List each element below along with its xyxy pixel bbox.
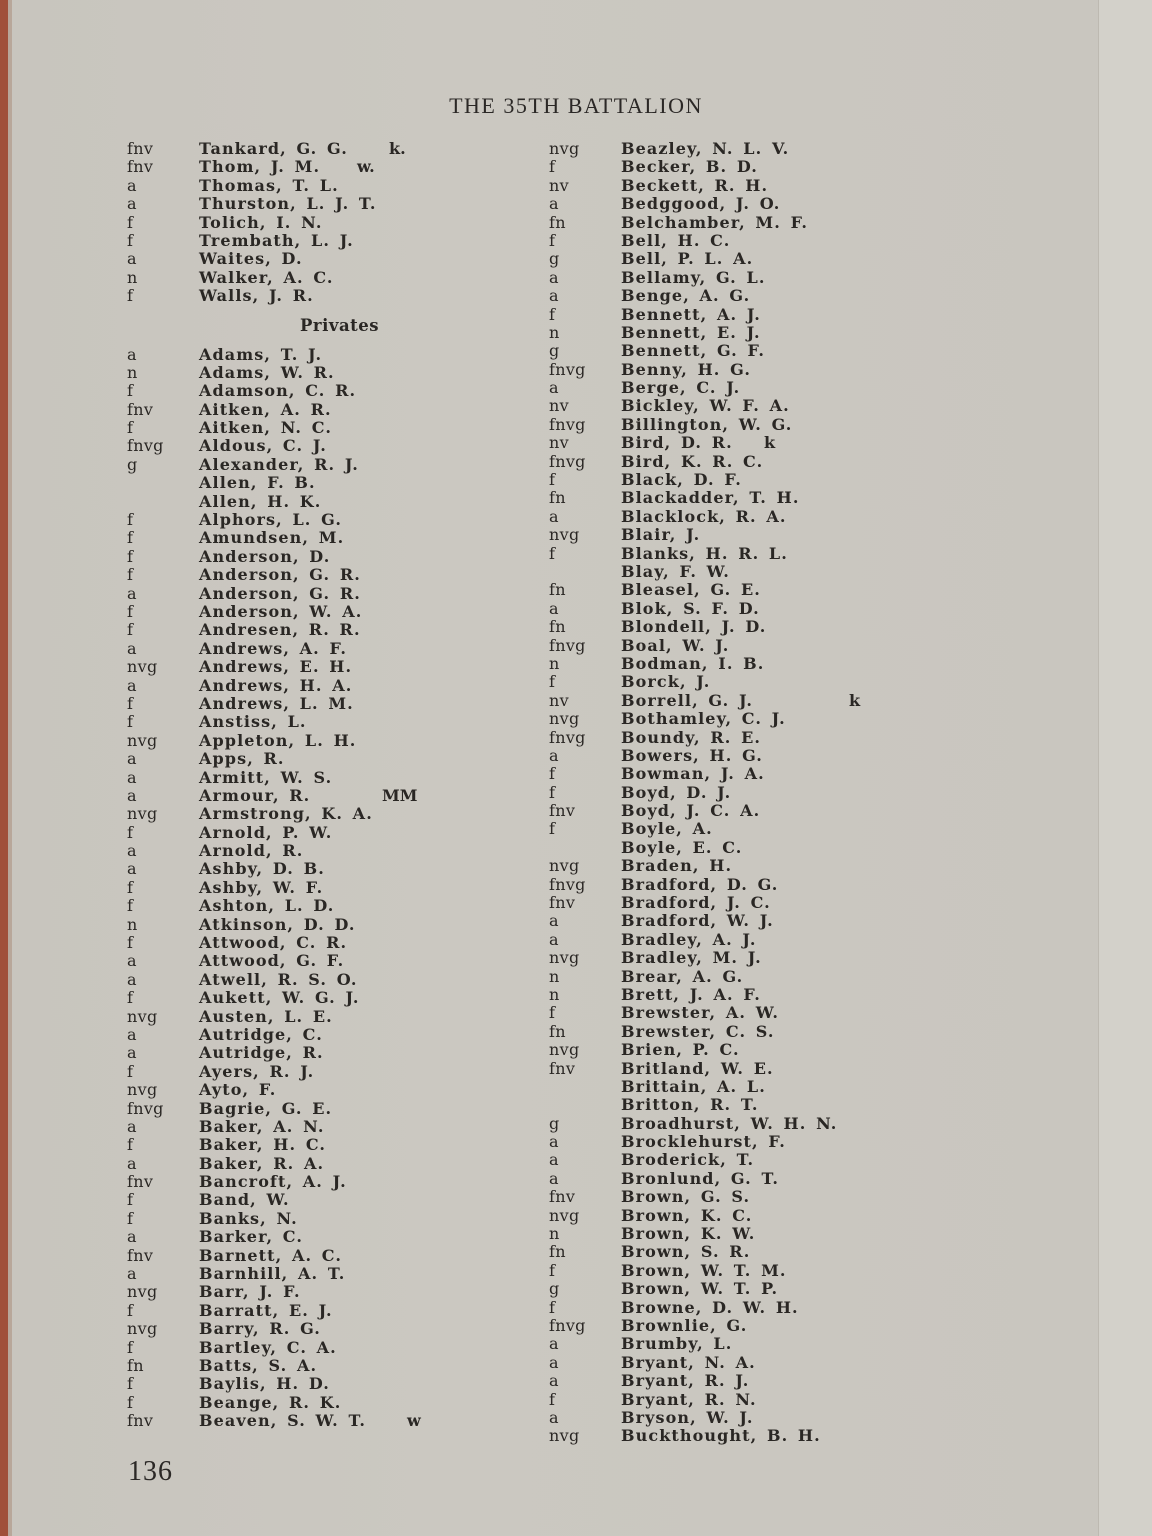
roll-entry: nAtkinson, D. D.: [127, 916, 547, 934]
roll-entry: fnvBrown, G. S.: [549, 1188, 1089, 1206]
roll-entry: fAnderson, G. R.: [127, 566, 547, 584]
soldier-name: Becker, B. D.: [621, 158, 758, 176]
unit-code: a: [127, 1155, 197, 1173]
unit-code: fnvg: [549, 416, 619, 434]
soldier-name: Blanks, H. R. L.: [621, 545, 788, 563]
soldier-name: Baker, A. N.: [199, 1118, 325, 1136]
unit-code: n: [127, 916, 197, 934]
soldier-name: Adams, T. J.: [199, 346, 322, 364]
roll-entry: gBennett, G. F.: [549, 342, 1089, 360]
soldier-name: Beange, R. K.: [199, 1394, 341, 1412]
soldier-name: Banks, N.: [199, 1210, 298, 1228]
unit-code: nvg: [549, 949, 619, 967]
soldier-name: Bronlund, G. T.: [621, 1170, 779, 1188]
roll-entry: aAtwell, R. S. O.: [127, 971, 547, 989]
unit-code: f: [127, 1394, 197, 1412]
unit-code: nvg: [127, 658, 197, 676]
book-cover-edge: [0, 0, 8, 1536]
roll-entry: aAutridge, C.: [127, 1026, 547, 1044]
soldier-name: Autridge, C.: [199, 1026, 323, 1044]
roll-entry: fBaylis, H. D.: [127, 1375, 547, 1393]
running-title: THE 35TH BATTALION: [449, 93, 703, 118]
roll-entry: nvgBraden, H.: [549, 857, 1089, 875]
soldier-name: Boundy, R. E.: [621, 729, 761, 747]
unit-code: fn: [549, 581, 619, 599]
unit-code: f: [127, 989, 197, 1007]
unit-code: f: [127, 879, 197, 897]
unit-code: a: [127, 1265, 197, 1283]
roll-entry: nvgAndrews, E. H.: [127, 658, 547, 676]
unit-code: n: [549, 986, 619, 1004]
roll-entry: nvgBarr, J. F.: [127, 1283, 547, 1301]
unit-code: f: [127, 511, 197, 529]
roll-entry: aArnold, R.: [127, 842, 547, 860]
roll-column-left: fnvTankard, G. G.k.fnvThom, J. M.w.aThom…: [127, 140, 547, 1431]
soldier-name: Walls, J. R.: [199, 287, 314, 305]
roll-entry: aBronlund, G. T.: [549, 1170, 1089, 1188]
soldier-name: Arnold, P. W.: [199, 824, 332, 842]
unit-code: f: [127, 548, 197, 566]
soldier-name: Attwood, G. F.: [199, 952, 344, 970]
soldier-name: Brewster, C. S.: [621, 1023, 775, 1041]
unit-code: nv: [549, 434, 619, 452]
roll-entry: fnBelchamber, M. F.: [549, 214, 1089, 232]
roll-entry: fBryant, R. N.: [549, 1391, 1089, 1409]
roll-entry: aBlacklock, R. A.: [549, 508, 1089, 526]
soldier-name: Baker, R. A.: [199, 1155, 324, 1173]
roll-entry: nAdams, W. R.: [127, 364, 547, 382]
roll-entry: fnvTankard, G. G.k.: [127, 140, 547, 158]
unit-code: a: [549, 912, 619, 930]
roll-entry: fBrewster, A. W.: [549, 1004, 1089, 1022]
annotation-mark: k: [849, 692, 860, 710]
soldier-name: Barry, R. G.: [199, 1320, 321, 1338]
unit-code: fnv: [127, 140, 197, 158]
unit-code: f: [127, 1191, 197, 1209]
unit-code: fnv: [549, 894, 619, 912]
roll-entry: fBoyd, D. J.: [549, 784, 1089, 802]
roll-entry: fnvgBenny, H. G.: [549, 361, 1089, 379]
soldier-name: Braden, H.: [621, 857, 732, 875]
roll-entry: nvgBuckthought, B. H.: [549, 1427, 1089, 1445]
unit-code: fn: [549, 214, 619, 232]
unit-code: f: [127, 824, 197, 842]
roll-entry: nvgAyto, F.: [127, 1081, 547, 1099]
unit-code: f: [549, 673, 619, 691]
soldier-name: Aitken, N. C.: [199, 419, 332, 437]
roll-entry: aAutridge, R.: [127, 1044, 547, 1062]
roll-entry: fnvBarnett, A. C.: [127, 1247, 547, 1265]
soldier-name: Allen, F. B.: [199, 474, 316, 492]
soldier-name: Band, W.: [199, 1191, 290, 1209]
soldier-name: Bell, P. L. A.: [621, 250, 753, 268]
soldier-name: Brett, J. A. F.: [621, 986, 761, 1004]
unit-code: nvg: [127, 1081, 197, 1099]
unit-code: g: [549, 342, 619, 360]
roll-entry: fnBlondell, J. D.: [549, 618, 1089, 636]
unit-code: fnvg: [127, 437, 197, 455]
roll-entry: fnBleasel, G. E.: [549, 581, 1089, 599]
unit-code: fnvg: [549, 729, 619, 747]
soldier-name: Bedggood, J. O.: [621, 195, 780, 213]
soldier-name: Broderick, T.: [621, 1151, 754, 1169]
soldier-name: Brittain, A. L.: [621, 1078, 766, 1096]
unit-code: f: [127, 1339, 197, 1357]
roll-entry: aBarker, C.: [127, 1228, 547, 1246]
unit-code: a: [127, 971, 197, 989]
unit-code: a: [127, 1044, 197, 1062]
roll-entry: aAshby, D. B.: [127, 860, 547, 878]
roll-entry: Britton, R. T.: [549, 1096, 1089, 1114]
roll-entry: fAnstiss, L.: [127, 713, 547, 731]
page-number: 136: [128, 1456, 173, 1488]
roll-entry: nvgAppleton, L. H.: [127, 732, 547, 750]
unit-code: nvg: [549, 710, 619, 728]
unit-code: a: [127, 250, 197, 268]
roll-entry: fTolich, I. N.: [127, 214, 547, 232]
roll-entry: fWalls, J. R.: [127, 287, 547, 305]
unit-code: a: [549, 508, 619, 526]
unit-code: g: [549, 1280, 619, 1298]
roll-entry: nvgBrien, P. C.: [549, 1041, 1089, 1059]
soldier-name: Armour, R.: [199, 787, 310, 805]
roll-entry: fTrembath, L. J.: [127, 232, 547, 250]
unit-code: a: [549, 195, 619, 213]
soldier-name: Austen, L. E.: [199, 1008, 333, 1026]
unit-code: fn: [549, 618, 619, 636]
soldier-name: Bryant, R. N.: [621, 1391, 757, 1409]
roll-entry: fnvBoyd, J. C. A.: [549, 802, 1089, 820]
soldier-name: Bodman, I. B.: [621, 655, 764, 673]
unit-code: a: [127, 640, 197, 658]
roll-entry: aBerge, C. J.: [549, 379, 1089, 397]
roll-entry: Allen, H. K.: [127, 493, 547, 511]
soldier-name: Brocklehurst, F.: [621, 1133, 786, 1151]
roll-entry: Allen, F. B.: [127, 474, 547, 492]
soldier-name: Boyd, J. C. A.: [621, 802, 760, 820]
roll-entry: Blay, F. W.: [549, 563, 1089, 581]
roll-entry: fBowman, J. A.: [549, 765, 1089, 783]
soldier-name: Brumby, L.: [621, 1335, 732, 1353]
roll-entry: nBennett, E. J.: [549, 324, 1089, 342]
unit-code: f: [127, 713, 197, 731]
unit-code: f: [127, 529, 197, 547]
unit-code: a: [127, 1118, 197, 1136]
unit-code: a: [127, 769, 197, 787]
unit-code: a: [549, 747, 619, 765]
soldier-name: Bennett, E. J.: [621, 324, 761, 342]
soldier-name: Batts, S. A.: [199, 1357, 317, 1375]
soldier-name: Waites, D.: [199, 250, 303, 268]
soldier-name: Bell, H. C.: [621, 232, 730, 250]
unit-code: f: [549, 158, 619, 176]
roll-entry: fAlphors, L. G.: [127, 511, 547, 529]
soldier-name: Bradley, A. J.: [621, 931, 757, 949]
soldier-name: Bagrie, G. E.: [199, 1100, 332, 1118]
unit-code: fnvg: [549, 876, 619, 894]
soldier-name: Britton, R. T.: [621, 1096, 759, 1114]
soldier-name: Andresen, R. R.: [199, 621, 361, 639]
unit-code: fnvg: [549, 637, 619, 655]
roll-entry: fnvgBillington, W. G.: [549, 416, 1089, 434]
roll-entry: fnBatts, S. A.: [127, 1357, 547, 1375]
roll-entry: nvgBarry, R. G.: [127, 1320, 547, 1338]
roll-entry: aWaites, D.: [127, 250, 547, 268]
soldier-name: Appleton, L. H.: [199, 732, 356, 750]
unit-code: f: [549, 545, 619, 563]
roll-entry: nBodman, I. B.: [549, 655, 1089, 673]
unit-code: n: [127, 364, 197, 382]
roll-entry: fnBrewster, C. S.: [549, 1023, 1089, 1041]
soldier-name: Bryant, N. A.: [621, 1354, 756, 1372]
unit-code: f: [549, 471, 619, 489]
roll-entry: fnBrown, S. R.: [549, 1243, 1089, 1261]
roll-entry: nvgBradley, M. J.: [549, 949, 1089, 967]
roll-entry: aBellamy, G. L.: [549, 269, 1089, 287]
unit-code: a: [127, 1026, 197, 1044]
unit-code: fnv: [127, 1412, 197, 1430]
soldier-name: Brewster, A. W.: [621, 1004, 779, 1022]
roll-entry: fnvThom, J. M.w.: [127, 158, 547, 176]
soldier-name: Bradley, M. J.: [621, 949, 762, 967]
soldier-name: Andrews, E. H.: [199, 658, 352, 676]
unit-code: f: [549, 1299, 619, 1317]
roll-entry: aBedggood, J. O.: [549, 195, 1089, 213]
unit-code: f: [127, 214, 197, 232]
unit-code: n: [127, 269, 197, 287]
roll-entry: nvBorrell, G. J.k: [549, 692, 1089, 710]
roll-entry: fBoyle, A.: [549, 820, 1089, 838]
roll-entry: fBecker, B. D.: [549, 158, 1089, 176]
soldier-name: Baker, H. C.: [199, 1136, 326, 1154]
soldier-name: Atwell, R. S. O.: [199, 971, 358, 989]
soldier-name: Brown, K. W.: [621, 1225, 755, 1243]
roll-entry: fBarratt, E. J.: [127, 1302, 547, 1320]
soldier-name: Ayers, R. J.: [199, 1063, 314, 1081]
soldier-name: Brown, W. T. P.: [621, 1280, 778, 1298]
soldier-name: Ayto, F.: [199, 1081, 276, 1099]
unit-code: a: [549, 1409, 619, 1427]
roll-entry: aAndrews, A. F.: [127, 640, 547, 658]
soldier-name: Andrews, L. M.: [199, 695, 354, 713]
soldier-name: Andrews, H. A.: [199, 677, 352, 695]
soldier-name: Bryson, W. J.: [621, 1409, 754, 1427]
unit-code: nvg: [549, 857, 619, 875]
soldier-name: Barr, J. F.: [199, 1283, 301, 1301]
roll-entry: aAttwood, G. F.: [127, 952, 547, 970]
soldier-name: Britland, W. E.: [621, 1060, 774, 1078]
roll-entry: fnvgBradford, D. G.: [549, 876, 1089, 894]
roll-entry: nvgBothamley, C. J.: [549, 710, 1089, 728]
roll-entry: nvgBeazley, N. L. V.: [549, 140, 1089, 158]
unit-code: nvg: [127, 805, 197, 823]
soldier-name: Barratt, E. J.: [199, 1302, 333, 1320]
annotation-mark: w.: [357, 158, 375, 176]
soldier-name: Belchamber, M. F.: [621, 214, 808, 232]
soldier-name: Bradford, J. C.: [621, 894, 771, 912]
unit-code: f: [127, 232, 197, 250]
unit-code: a: [127, 177, 197, 195]
unit-code: a: [549, 1335, 619, 1353]
unit-code: nvg: [549, 1207, 619, 1225]
section-title-privates: Privates: [127, 306, 547, 346]
roll-entry: fAyers, R. J.: [127, 1063, 547, 1081]
unit-code: fnv: [127, 1173, 197, 1191]
roll-entry: fAndrews, L. M.: [127, 695, 547, 713]
roll-entry: aBradley, A. J.: [549, 931, 1089, 949]
unit-code: a: [127, 952, 197, 970]
soldier-name: Thurston, L. J. T.: [199, 195, 377, 213]
unit-code: a: [127, 195, 197, 213]
soldier-name: Blackadder, T. H.: [621, 489, 800, 507]
unit-code: fnv: [127, 1247, 197, 1265]
soldier-name: Ashby, D. B.: [199, 860, 325, 878]
roll-entry: aThomas, T. L.: [127, 177, 547, 195]
roll-entry: fAndresen, R. R.: [127, 621, 547, 639]
roll-entry: nvgBlair, J.: [549, 526, 1089, 544]
roll-entry: fAmundsen, M.: [127, 529, 547, 547]
roll-entry: gBrown, W. T. P.: [549, 1280, 1089, 1298]
soldier-name: Anderson, D.: [199, 548, 330, 566]
roll-entry: aBrocklehurst, F.: [549, 1133, 1089, 1151]
soldier-name: Atkinson, D. D.: [199, 916, 356, 934]
roll-entry: nvBickley, W. F. A.: [549, 397, 1089, 415]
soldier-name: Bird, K. R. C.: [621, 453, 763, 471]
roll-entry: fnvAitken, A. R.: [127, 401, 547, 419]
unit-code: nvg: [549, 1041, 619, 1059]
soldier-name: Autridge, R.: [199, 1044, 324, 1062]
soldier-name: Blacklock, R. A.: [621, 508, 787, 526]
unit-code: f: [127, 287, 197, 305]
unit-code: f: [127, 1063, 197, 1081]
unit-code: nvg: [127, 1008, 197, 1026]
roll-entry: nvgArmstrong, K. A.: [127, 805, 547, 823]
roll-entry: aApps, R.: [127, 750, 547, 768]
roll-entry: fAukett, W. G. J.: [127, 989, 547, 1007]
roll-entry: fAdamson, C. R.: [127, 382, 547, 400]
unit-code: nvg: [127, 1283, 197, 1301]
soldier-name: Allen, H. K.: [199, 493, 321, 511]
unit-code: a: [127, 750, 197, 768]
soldier-name: Baylis, H. D.: [199, 1375, 330, 1393]
annotation-mark: k: [764, 434, 775, 452]
unit-code: fn: [549, 1023, 619, 1041]
roll-entry: aAnderson, G. R.: [127, 585, 547, 603]
roll-entry: aBarnhill, A. T.: [127, 1265, 547, 1283]
unit-code: f: [127, 897, 197, 915]
roll-entry: fnvgBrownlie, G.: [549, 1317, 1089, 1335]
soldier-name: Brown, G. S.: [621, 1188, 750, 1206]
soldier-name: Trembath, L. J.: [199, 232, 354, 250]
unit-code: g: [549, 250, 619, 268]
soldier-name: Bartley, C. A.: [199, 1339, 337, 1357]
soldier-name: Barnett, A. C.: [199, 1247, 342, 1265]
unit-code: a: [549, 600, 619, 618]
soldier-name: Blok, S. F. D.: [621, 600, 760, 618]
unit-code: fnv: [127, 158, 197, 176]
roll-entry: fBlanks, H. R. L.: [549, 545, 1089, 563]
roll-entry: nvgBrown, K. C.: [549, 1207, 1089, 1225]
soldier-name: Armstrong, K. A.: [199, 805, 373, 823]
unit-code: a: [549, 931, 619, 949]
soldier-name: Blondell, J. D.: [621, 618, 766, 636]
unit-code: a: [127, 1228, 197, 1246]
soldier-name: Bothamley, C. J.: [621, 710, 786, 728]
roll-entry: nvBeckett, R. H.: [549, 177, 1089, 195]
soldier-name: Arnold, R.: [199, 842, 303, 860]
soldier-name: Ashby, W. F.: [199, 879, 323, 897]
annotation-mark: k.: [389, 140, 406, 158]
soldier-name: Brown, W. T. M.: [621, 1262, 787, 1280]
soldier-name: Andrews, A. F.: [199, 640, 347, 658]
unit-code: fnv: [127, 401, 197, 419]
soldier-name: Amundsen, M.: [199, 529, 344, 547]
soldier-name: Bennett, A. J.: [621, 306, 761, 324]
annotation-mark: w: [407, 1412, 421, 1430]
soldier-name: Alexander, R. J.: [199, 456, 359, 474]
unit-code: fnv: [549, 1188, 619, 1206]
roll-column-right: nvgBeazley, N. L. V.fBecker, B. D.nvBeck…: [549, 140, 1089, 1446]
soldier-name: Blair, J.: [621, 526, 700, 544]
soldier-name: Aldous, C. J.: [199, 437, 327, 455]
unit-code: n: [549, 655, 619, 673]
unit-code: f: [549, 784, 619, 802]
unit-code: nvg: [549, 140, 619, 158]
soldier-name: Borck, J.: [621, 673, 710, 691]
soldier-name: Brien, P. C.: [621, 1041, 740, 1059]
roll-entry: fBrown, W. T. M.: [549, 1262, 1089, 1280]
unit-code: n: [549, 1225, 619, 1243]
soldier-name: Barker, C.: [199, 1228, 303, 1246]
roll-entry: fAshby, W. F.: [127, 879, 547, 897]
soldier-name: Bennett, G. F.: [621, 342, 765, 360]
roll-entry: aBryant, R. J.: [549, 1372, 1089, 1390]
roll-entry: fnBlackadder, T. H.: [549, 489, 1089, 507]
unit-code: n: [549, 324, 619, 342]
roll-entry: fBennett, A. J.: [549, 306, 1089, 324]
soldier-name: Blay, F. W.: [621, 563, 730, 581]
soldier-name: Thomas, T. L.: [199, 177, 339, 195]
soldier-name: Brear, A. G.: [621, 968, 743, 986]
soldier-name: Boyle, E. C.: [621, 839, 742, 857]
annotation-mark: MM: [382, 787, 417, 805]
roll-entry: fAshton, L. D.: [127, 897, 547, 915]
soldier-name: Benge, A. G.: [621, 287, 750, 305]
unit-code: a: [549, 1133, 619, 1151]
roll-entry: aBowers, H. G.: [549, 747, 1089, 765]
roll-entry: gAlexander, R. J.: [127, 456, 547, 474]
soldier-name: Bellamy, G. L.: [621, 269, 766, 287]
soldier-name: Anderson, W. A.: [199, 603, 362, 621]
unit-code: fnv: [549, 802, 619, 820]
roll-entry: nWalker, A. C.: [127, 269, 547, 287]
unit-code: a: [549, 1170, 619, 1188]
unit-code: f: [127, 621, 197, 639]
roll-entry: fBand, W.: [127, 1191, 547, 1209]
roll-entry: aBrumby, L.: [549, 1335, 1089, 1353]
roll-entry: Brittain, A. L.: [549, 1078, 1089, 1096]
soldier-name: Aukett, W. G. J.: [199, 989, 360, 1007]
unit-code: a: [127, 677, 197, 695]
unit-code: a: [127, 585, 197, 603]
unit-code: fnvg: [549, 361, 619, 379]
unit-code: fnvg: [549, 1317, 619, 1335]
unit-code: a: [549, 287, 619, 305]
roll-entry: aBaker, R. A.: [127, 1155, 547, 1173]
unit-code: f: [127, 566, 197, 584]
unit-code: a: [127, 787, 197, 805]
unit-code: fn: [549, 1243, 619, 1261]
